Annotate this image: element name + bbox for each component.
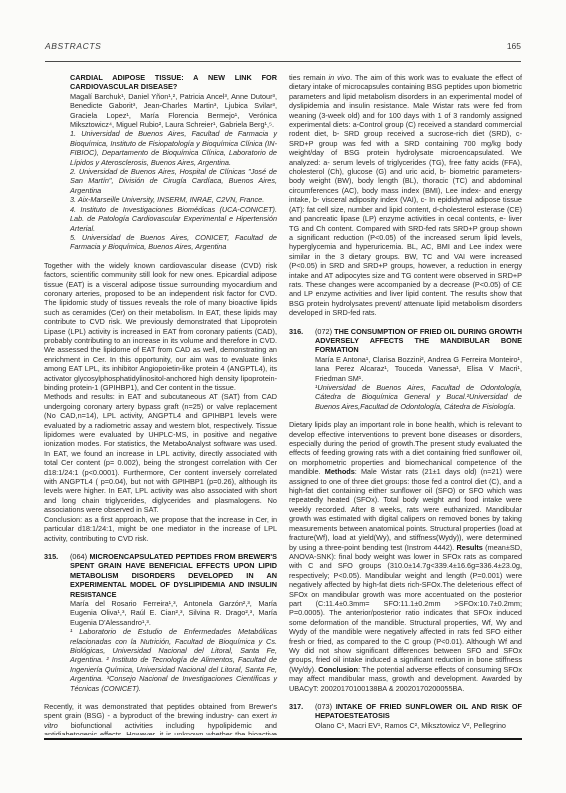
abstract-affiliation: ¹Universidad de Buenos Aires, Facultad d… [315, 383, 522, 411]
abstract-title: (064) MICROENCAPSULATED PEPTIDES FROM BR… [70, 552, 277, 599]
abstract-317: 317. (073) INTAKE OF FRIED SUNFLOWER OIL… [289, 702, 522, 730]
abstract-heading-content: (073) INTAKE OF FRIED SUNFLOWER OIL AND … [315, 702, 522, 730]
abstract-authors: María del Rosario Ferreira¹,³, Antonela … [70, 599, 277, 627]
page-number: 165 [507, 41, 521, 51]
footer-rule [44, 738, 522, 740]
abstract-314: CARDIAL ADIPOSE TISSUE: A NEW LINK FOR C… [44, 73, 277, 543]
abstract-title: (072) THE CONSUMPTION OF FRIED OIL DURIN… [315, 327, 522, 355]
abstract-authors: María E Antona¹, Clarisa Bozzini², Andre… [315, 355, 522, 383]
abstract-heading-block: CARDIAL ADIPOSE TISSUE: A NEW LINK FOR C… [70, 73, 277, 252]
abstract-affiliation: 2. Universidad de Buenos Aires, Hospital… [70, 167, 277, 195]
abstract-authors: Magalí Barchuk¹, Daniel Yñon¹,², Patrici… [70, 92, 277, 130]
header-rule [45, 61, 521, 62]
abstract-heading-block: 316. (072) THE CONSUMPTION OF FRIED OIL … [289, 327, 522, 412]
abstract-316: 316. (072) THE CONSUMPTION OF FRIED OIL … [289, 327, 522, 693]
abstract-number: 317. [289, 702, 315, 730]
journal-page: ABSTRACTS 165 CARDIAL ADIPOSE TISSUE: A … [0, 0, 566, 793]
abstract-affiliation: 3. Aix-Marseille University, INSERM, INR… [70, 195, 277, 204]
abstract-315-continued: ties remain in vivo. The aim of this wor… [289, 73, 522, 318]
abstract-affiliation: 1. Universidad de Buenos Aires, Facultad… [70, 129, 277, 167]
abstract-title: (073) INTAKE OF FRIED SUNFLOWER OIL AND … [315, 702, 522, 721]
abstract-paragraph: ties remain in vivo. The aim of this wor… [289, 73, 522, 318]
abstract-315: 315. (064) MICROENCAPSULATED PEPTIDES FR… [44, 552, 277, 735]
abstract-affiliation: ¹ Laboratorio de Estudio de Enfermedades… [70, 627, 277, 693]
abstract-paragraph: Conclusion: as a first approach, we prop… [44, 515, 277, 543]
left-column: CARDIAL ADIPOSE TISSUE: A NEW LINK FOR C… [44, 73, 277, 735]
abstract-heading-block: 315. (064) MICROENCAPSULATED PEPTIDES FR… [44, 552, 277, 693]
content-columns: CARDIAL ADIPOSE TISSUE: A NEW LINK FOR C… [44, 73, 522, 735]
abstract-number: 315. [44, 552, 70, 693]
abstract-paragraph: Recently, it was demonstrated that pepti… [44, 702, 277, 735]
page-header: ABSTRACTS 165 [45, 41, 521, 51]
abstract-paragraph: Methods and results: in EAT and subcutan… [44, 392, 277, 514]
abstract-paragraph: Together with the widely known cardiovas… [44, 261, 277, 393]
running-head: ABSTRACTS [45, 41, 101, 51]
abstract-authors: Olano C¹, Macri EV¹, Ramos C², Miksztowi… [315, 721, 522, 730]
abstract-number: 316. [289, 327, 315, 412]
abstract-heading-block: 317. (073) INTAKE OF FRIED SUNFLOWER OIL… [289, 702, 522, 730]
abstract-affiliation: 4. Instituto de Investigaciones Biomédic… [70, 205, 277, 233]
right-column: ties remain in vivo. The aim of this wor… [289, 73, 522, 735]
abstract-heading-content: (072) THE CONSUMPTION OF FRIED OIL DURIN… [315, 327, 522, 412]
abstract-title: CARDIAL ADIPOSE TISSUE: A NEW LINK FOR C… [70, 73, 277, 92]
abstract-paragraph: Dietary lipids play an important role in… [289, 420, 522, 693]
abstract-heading-content: (064) MICROENCAPSULATED PEPTIDES FROM BR… [70, 552, 277, 693]
abstract-affiliation: 5. Universidad de Buenos Aires, CONICET,… [70, 233, 277, 252]
